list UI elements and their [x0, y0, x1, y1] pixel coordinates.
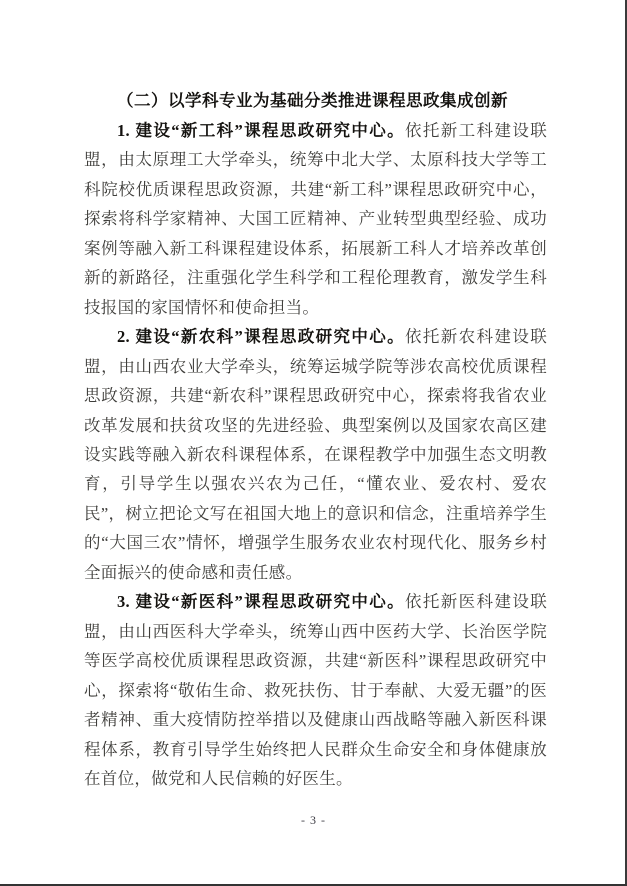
- document-page: （二）以学科专业为基础分类推进课程思政集成创新 1. 建设“新工科”课程思政研究…: [0, 0, 627, 886]
- paragraph-new-medicine: 3. 建设“新医科”课程思政研究中心。依托新医科建设联盟，由山西医科大学牵头，统…: [84, 587, 547, 793]
- section-heading: （二）以学科专业为基础分类推进课程思政集成创新: [84, 86, 547, 116]
- paragraph-new-engineering: 1. 建设“新工科”课程思政研究中心。依托新工科建设联盟，由太原理工大学牵头，统…: [84, 116, 547, 322]
- paragraph-new-agriculture: 2. 建设“新农科”课程思政研究中心。依托新农科建设联盟，由山西农业大学牵头，统…: [84, 322, 547, 587]
- paragraph-3-lead: 3. 建设“新医科”课程思政研究中心。: [117, 592, 405, 611]
- page-number: - 3 -: [0, 813, 627, 828]
- document-body: （二）以学科专业为基础分类推进课程思政集成创新 1. 建设“新工科”课程思政研究…: [84, 86, 547, 793]
- paragraph-3-text: 依托新医科建设联盟，由山西医科大学牵头，统筹山西中医药大学、长治医学院等医学高校…: [84, 592, 547, 788]
- paragraph-1-lead: 1. 建设“新工科”课程思政研究中心。: [117, 121, 405, 140]
- paragraph-2-lead: 2. 建设“新农科”课程思政研究中心。: [117, 327, 405, 346]
- paragraph-2-text: 依托新农科建设联盟，由山西农业大学牵头，统筹运城学院等涉农高校优质课程思政资源，…: [84, 327, 547, 582]
- paragraph-1-text: 依托新工科建设联盟，由太原理工大学牵头，统筹中北大学、太原科技大学等工科院校优质…: [84, 121, 547, 317]
